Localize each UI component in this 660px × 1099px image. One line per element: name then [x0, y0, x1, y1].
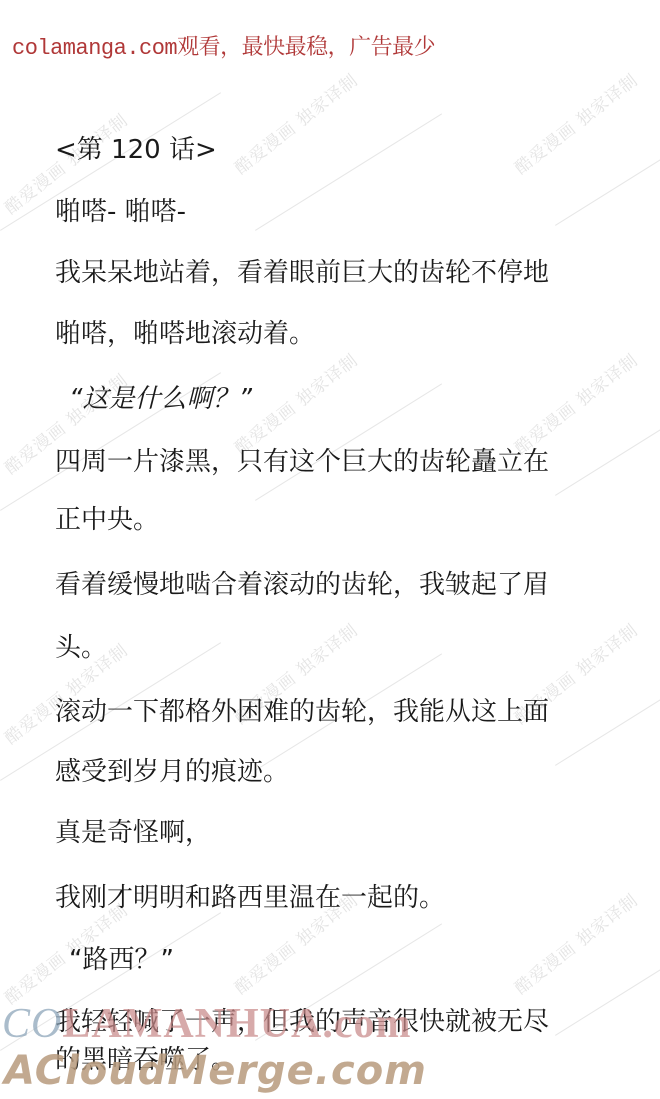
dialogue-line: “这是什么啊？” [69, 383, 252, 415]
text-line: 的黑暗吞噬了。 [55, 1044, 237, 1076]
site-banner-link[interactable]: colamanga.com观看，最快最稳，广告最少 [12, 30, 435, 61]
text-line: 真是奇怪啊， [55, 817, 211, 849]
watermark-line [555, 151, 660, 226]
watermark-line [255, 113, 442, 230]
chapter-title: <第 120 话> [55, 134, 217, 166]
watermark-line [555, 961, 660, 1036]
text-line: 啪嗒，啪嗒地滚动着。 [55, 318, 315, 350]
text-line: 我呆呆地站着，看着眼前巨大的齿轮不停地 [55, 257, 549, 289]
text-line: 我轻轻喊了一声，但我的声音很快就被无尽 [55, 1006, 549, 1038]
watermark-line [555, 691, 660, 766]
background-watermark-text: 酷爱漫画 独家译制 [228, 66, 362, 178]
text-line: 四周一片漆黑，只有这个巨大的齿轮矗立在 [55, 446, 549, 478]
background-watermark-text: 酷爱漫画 独家译制 [508, 346, 642, 458]
text-line: 我刚才明明和路西里温在一起的。 [55, 882, 445, 914]
text-line: 感受到岁月的痕迹。 [55, 756, 289, 788]
colamanhua-watermark-prefix: CO [2, 1001, 62, 1047]
watermark-line [255, 383, 442, 500]
background-watermark-text: 酷爱漫画 独家译制 [508, 66, 642, 178]
text-line: 正中央。 [55, 504, 159, 536]
text-line: 啪嗒- 啪嗒- [55, 196, 186, 228]
background-watermark-text: 酷爱漫画 独家译制 [508, 886, 642, 998]
dialogue-line: “路西？” [69, 944, 174, 976]
text-line: 滚动一下都格外困难的齿轮，我能从这上面 [55, 696, 549, 728]
text-line: 头。 [55, 632, 107, 664]
text-line: 看着缓慢地啮合着滚动的齿轮，我皱起了眉 [55, 569, 549, 601]
watermark-line [555, 421, 660, 496]
